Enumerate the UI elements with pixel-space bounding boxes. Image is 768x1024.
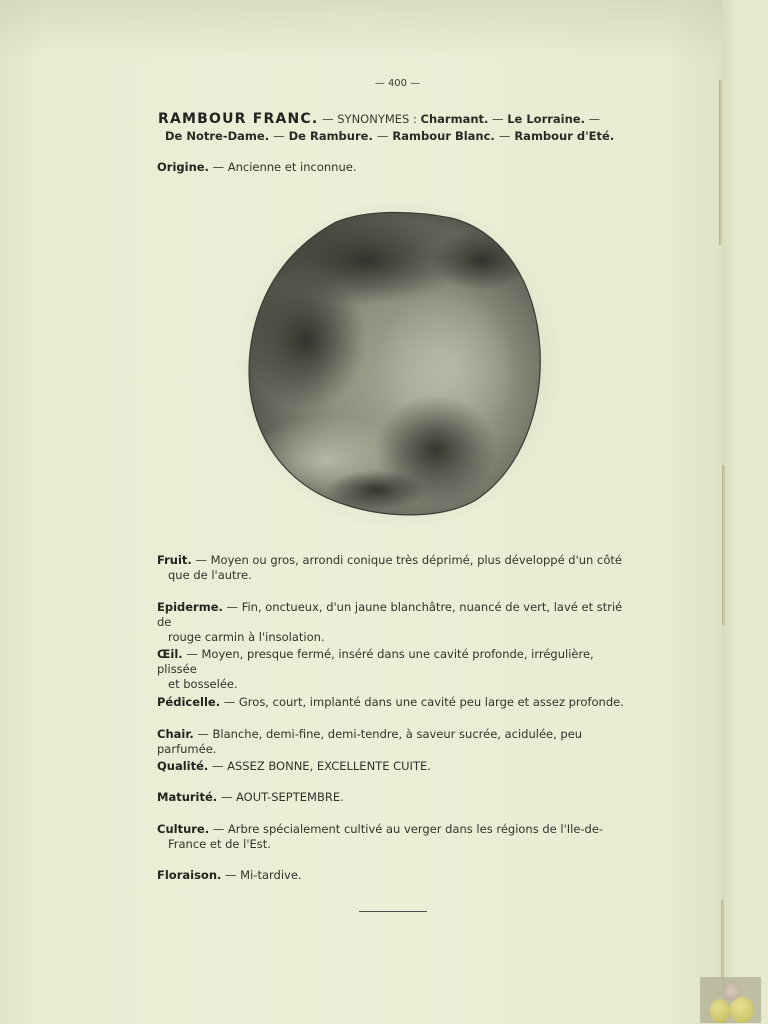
binding-thread-bottom bbox=[722, 465, 725, 625]
field-label: Pédicelle. bbox=[157, 695, 220, 709]
description-maturite: Maturité. — AOUT-SEPTEMBRE. bbox=[157, 790, 635, 805]
description-pedicelle: Pédicelle. — Gros, court, implanté dans … bbox=[157, 695, 635, 710]
section-divider bbox=[359, 911, 427, 912]
field-value: — Blanche, demi-fine, demi-tendre, à sav… bbox=[157, 727, 582, 756]
page-shadow bbox=[0, 0, 722, 60]
field-value: — Moyen, presque fermé, inséré dans une … bbox=[157, 647, 594, 676]
thumbnail-shape bbox=[730, 997, 754, 1023]
synonym: De Rambure. bbox=[289, 129, 373, 143]
field-label: Culture. bbox=[157, 822, 209, 836]
field-label: Fruit. bbox=[157, 553, 192, 567]
description-oeil: Œil. — Moyen, presque fermé, inséré dans… bbox=[157, 647, 635, 692]
field-label: Maturité. bbox=[157, 790, 217, 804]
fruit-thumbnail-icon bbox=[700, 977, 761, 1023]
thumbnail-shape bbox=[710, 999, 730, 1023]
field-label: Epiderme. bbox=[157, 600, 223, 614]
description-culture: Culture. — Arbre spécialement cultivé au… bbox=[157, 822, 635, 852]
field-value: — Mi-tardive. bbox=[225, 868, 302, 882]
synonym: De Notre-Dame. bbox=[165, 129, 269, 143]
separator-dash: — bbox=[492, 112, 504, 126]
apple-photo-icon bbox=[236, 200, 564, 530]
separator-dash: — bbox=[377, 129, 389, 143]
origin-line: Origine. — Ancienne et inconnue. bbox=[157, 160, 356, 174]
field-value: — Fin, onctueux, d'un jaune blanchâtre, … bbox=[157, 600, 622, 629]
description-fruit: Fruit. — Moyen ou gros, arrondi conique … bbox=[157, 553, 635, 583]
description-chair: Chair. — Blanche, demi-fine, demi-tendre… bbox=[157, 727, 635, 757]
origin-value: — Ancienne et inconnue. bbox=[213, 160, 357, 174]
field-value-continued: que de l'autre. bbox=[157, 568, 635, 583]
description-floraison: Floraison. — Mi-tardive. bbox=[157, 868, 635, 883]
field-value-continued: rouge carmin à l'insolation. bbox=[157, 630, 635, 645]
field-label: Qualité. bbox=[157, 759, 208, 773]
apple-illustration bbox=[236, 200, 564, 530]
variety-title: RAMBOUR FRANC. bbox=[158, 111, 318, 127]
page-gutter bbox=[722, 0, 768, 1024]
field-value: — Moyen ou gros, arrondi conique très dé… bbox=[195, 553, 622, 567]
binding-thread-top bbox=[719, 80, 722, 245]
separator-dash: — bbox=[589, 112, 601, 126]
description-qualite: Qualité. — ASSEZ BONNE, EXCELLENTE CUITE… bbox=[157, 759, 635, 774]
field-value: — Gros, court, implanté dans une cavité … bbox=[224, 695, 624, 709]
separator-dash: — bbox=[273, 129, 285, 143]
field-value: — AOUT-SEPTEMBRE. bbox=[221, 790, 344, 804]
separator-dash: — bbox=[499, 129, 511, 143]
field-label: Œil. bbox=[157, 647, 183, 661]
field-label: Chair. bbox=[157, 727, 194, 741]
field-value: — ASSEZ BONNE, EXCELLENTE CUITE. bbox=[212, 759, 431, 773]
description-epiderme: Epiderme. — Fin, onctueux, d'un jaune bl… bbox=[157, 600, 635, 645]
field-value-continued: et bosselée. bbox=[157, 677, 635, 692]
page-number: — 400 — bbox=[0, 78, 768, 89]
synonym: Rambour d'Eté. bbox=[514, 129, 614, 143]
synonym: Le Lorraine. bbox=[507, 112, 585, 126]
field-value: — Arbre spécialement cultivé au verger d… bbox=[213, 822, 603, 836]
entry-heading: RAMBOUR FRANC. — SYNONYMES : Charmant. —… bbox=[158, 111, 648, 145]
binding-thread-lower bbox=[721, 900, 724, 980]
origin-label: Origine. bbox=[157, 160, 209, 174]
field-label: Floraison. bbox=[157, 868, 221, 882]
synonym: Rambour Blanc. bbox=[392, 129, 494, 143]
field-value-continued: France et de l'Est. bbox=[157, 837, 635, 852]
synonym: Charmant. bbox=[421, 112, 489, 126]
synonyms-label: — SYNONYMES : bbox=[322, 112, 417, 126]
